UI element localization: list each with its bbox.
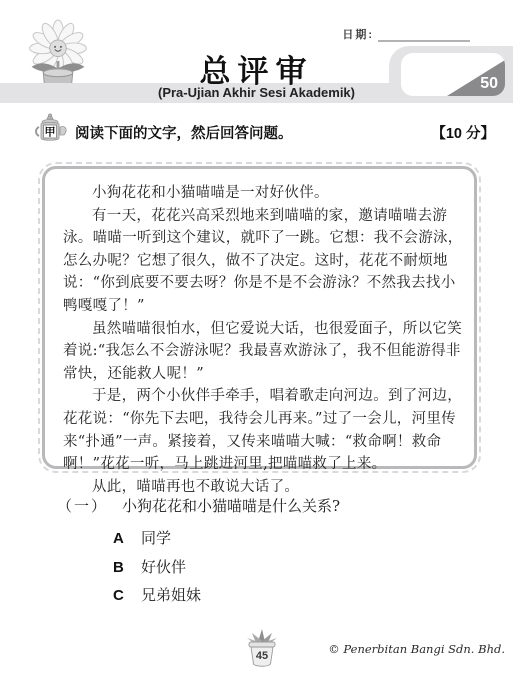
question-number: （一） bbox=[57, 495, 108, 516]
option-b[interactable]: B 好伙伴 bbox=[113, 556, 186, 577]
score-total: 50 bbox=[480, 75, 498, 93]
option-letter: A bbox=[113, 530, 141, 547]
option-text: 好伙伴 bbox=[141, 556, 186, 577]
option-letter: B bbox=[113, 559, 141, 576]
copyright-text: © Penerbitan Bangi Sdn. Bhd. bbox=[328, 642, 505, 656]
date-field: 日期: bbox=[342, 26, 470, 42]
option-text: 同学 bbox=[141, 527, 171, 548]
passage-paragraph: 于是，两个小伙伴手牵手，唱着歌走向河边。到了河边，花花说：“你先下去吧，我待会儿… bbox=[63, 385, 466, 475]
score-box: 50 bbox=[389, 46, 513, 103]
date-write-line[interactable] bbox=[378, 30, 470, 42]
option-letter: C bbox=[113, 587, 141, 604]
worksheet-page: 日期: 总评审 (Pra-Ujian Akhir Sesi Akademik) … bbox=[0, 0, 513, 700]
section-marker: 甲 bbox=[45, 126, 56, 139]
marks-label: 【10 分】 bbox=[431, 122, 495, 143]
question-row: （一） 小狗花花和小猫喵喵是什么关系? bbox=[57, 495, 340, 516]
question-text: 小狗花花和小猫喵喵是什么关系? bbox=[122, 495, 340, 516]
date-label: 日期: bbox=[342, 26, 374, 42]
passage-box: 小狗花花和小猫喵喵是一对好伙伴。 有一天，花花兴高采烈地来到喵喵的家，邀请喵喵去… bbox=[42, 166, 477, 469]
option-a[interactable]: A 同学 bbox=[113, 527, 171, 548]
passage-paragraph: 有一天，花花兴高采烈地来到喵喵的家，邀请喵喵去游泳。喵喵一听到这个建议，就吓了一… bbox=[63, 205, 466, 318]
instruction-text: 阅读下面的文字，然后回答问题。 bbox=[75, 122, 293, 143]
option-c[interactable]: C 兄弟姐妹 bbox=[113, 584, 201, 605]
page-number: 45 bbox=[256, 650, 268, 662]
plant-pot-icon: 45 bbox=[240, 627, 284, 671]
teapot-icon: 甲 bbox=[33, 113, 71, 146]
score-write-area[interactable]: 50 bbox=[401, 53, 505, 96]
passage-paragraph: 虽然喵喵很怕水，但它爱说大话，也很爱面子，所以它笑着说:“我怎么不会游泳呢？我最… bbox=[63, 318, 466, 386]
option-text: 兄弟姐妹 bbox=[141, 584, 201, 605]
passage-paragraph: 小狗花花和小猫喵喵是一对好伙伴。 bbox=[63, 182, 466, 205]
